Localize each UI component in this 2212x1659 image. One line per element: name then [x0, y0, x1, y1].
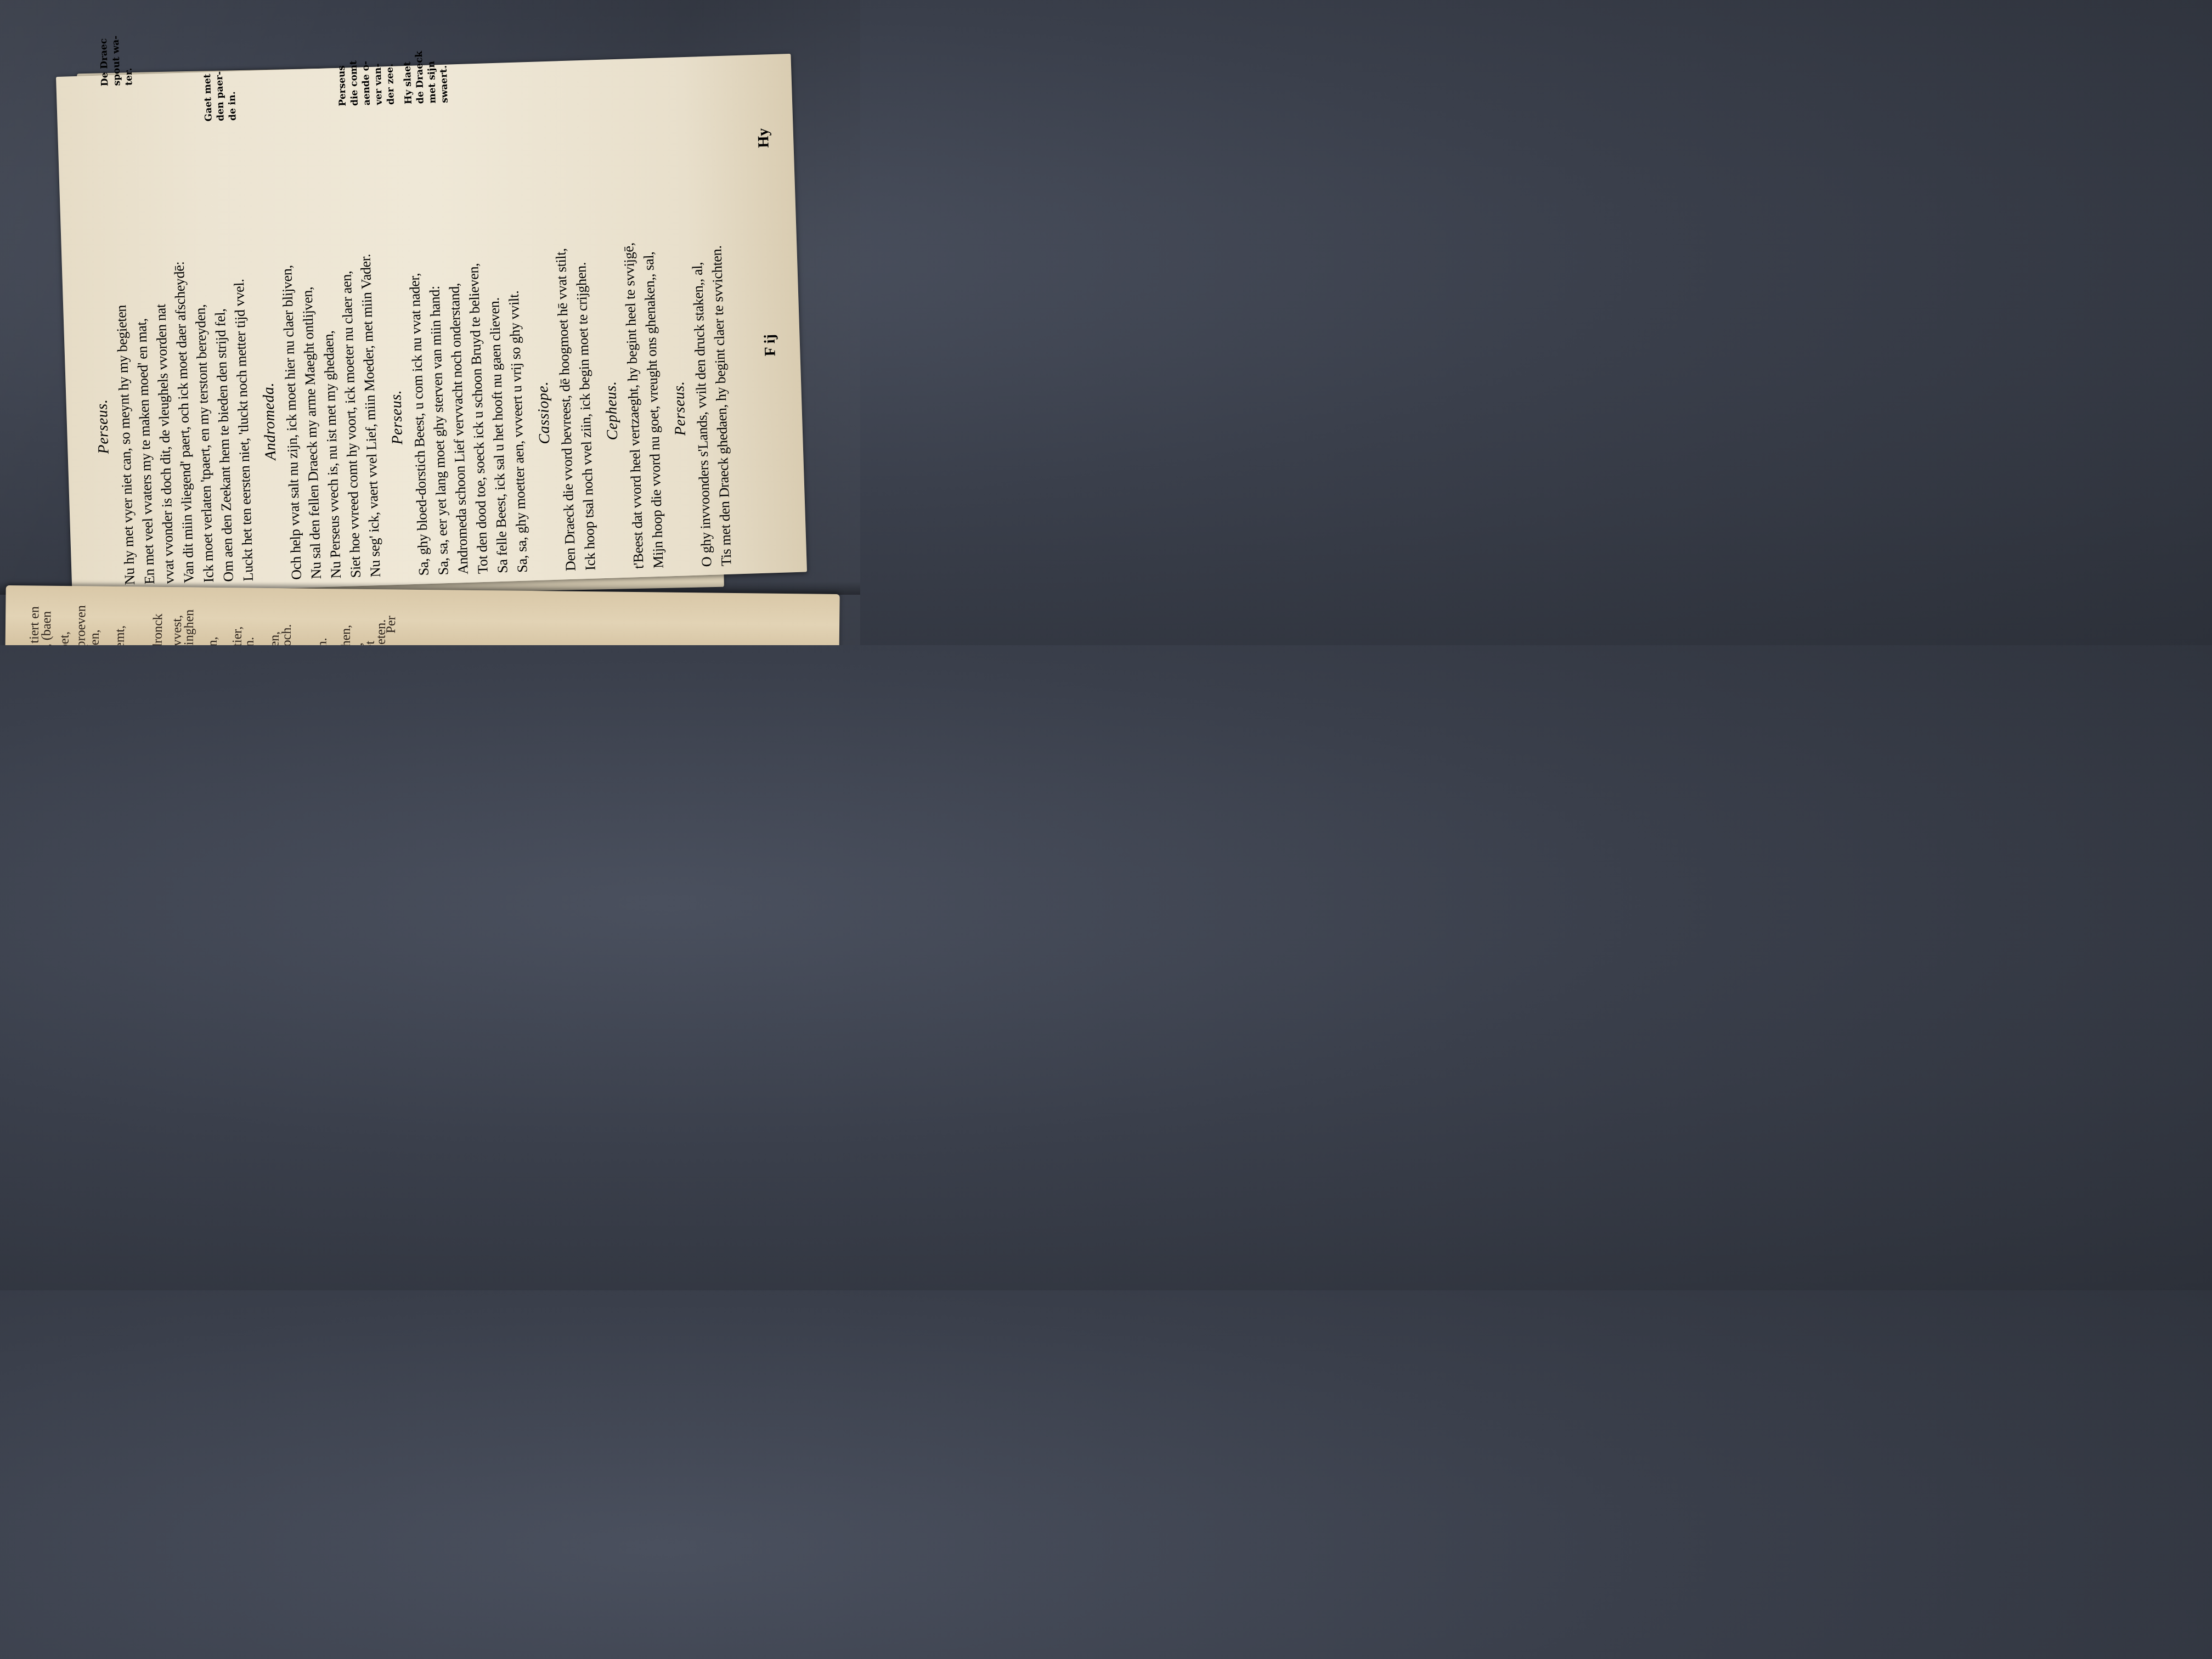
facing-text: even, — [87, 629, 103, 645]
margin-note-strikes-dragon: Hy slaet de Draeck met sijn swaert. — [401, 50, 451, 104]
note-line: den paer- — [213, 71, 227, 121]
facing-text: u proeven — [74, 605, 89, 645]
signature-mark: F ij — [761, 334, 779, 357]
section-cepheus: Cepheus. t'Beest dat vvord heel vertzaeg… — [593, 86, 669, 570]
note-line: de in. — [225, 71, 239, 121]
note-line: der zee. — [383, 59, 397, 105]
facing-text: nt, — [99, 644, 114, 645]
note-line: ter. — [122, 35, 136, 86]
note-line: Hy slaet — [401, 51, 415, 104]
note-line: Gaet met — [201, 71, 215, 121]
note-line: aende o- — [359, 60, 373, 105]
section-cassiope: Cassiope. Den Draeck die vvord bevreest,… — [525, 88, 601, 572]
facing-text: ordronck — [150, 613, 166, 645]
note-line: die comt — [347, 60, 361, 106]
note-line: spout wa- — [110, 36, 123, 86]
section-perseus-1: Perseus. Nu hy met vyer niet can, so mey… — [84, 98, 258, 586]
section-perseus-3: Perseus. O ghy invvoonders s'Lands, vvil… — [661, 83, 737, 568]
note-line: De Draec — [98, 36, 111, 86]
facing-text: springhen — [182, 610, 197, 645]
page-text-block: Perseus. Nu hy met vyer niet can, so mey… — [72, 0, 806, 586]
note-line: met sijn — [425, 50, 439, 104]
margin-note-perseus-comes: Perseus die comt aende o- ver van- der z… — [335, 59, 397, 106]
facing-text: hen. — [315, 637, 330, 645]
facing-text: hen, — [205, 636, 220, 645]
book-page: Perseus. Nu hy met vyer niet can, so mey… — [56, 54, 807, 595]
note-line: Perseus — [335, 61, 349, 106]
facing-text: rē, (baen — [39, 611, 54, 645]
facing-text: Per — [384, 616, 399, 633]
facing-text: laemt, — [112, 625, 128, 645]
section-andromeda: Andromeda. Och help vvat salt nu zijn, i… — [251, 94, 386, 580]
margin-note-goes-off-horse: Gaet met den paer- de in. — [201, 71, 239, 122]
facing-page: hy tiert en rē, (baen voet, u proeven ev… — [5, 585, 839, 645]
facing-text: nen. — [242, 637, 257, 645]
note-line: ver van- — [371, 60, 385, 105]
verse-column: Perseus. Nu hy met vyer niet can, so mey… — [79, 83, 744, 586]
catchword: Hy — [755, 128, 773, 148]
facing-text: voet, — [57, 631, 72, 645]
note-line: swaert. — [437, 50, 451, 103]
margin-note-dragon-spouts: De Draec spout wa- ter. — [98, 35, 136, 87]
facing-text: , noch. — [279, 624, 295, 645]
note-line: de Draeck — [413, 51, 427, 104]
section-perseus-2: Perseus. Sa, ghy bloed-dorstich Beest, u… — [378, 90, 533, 577]
